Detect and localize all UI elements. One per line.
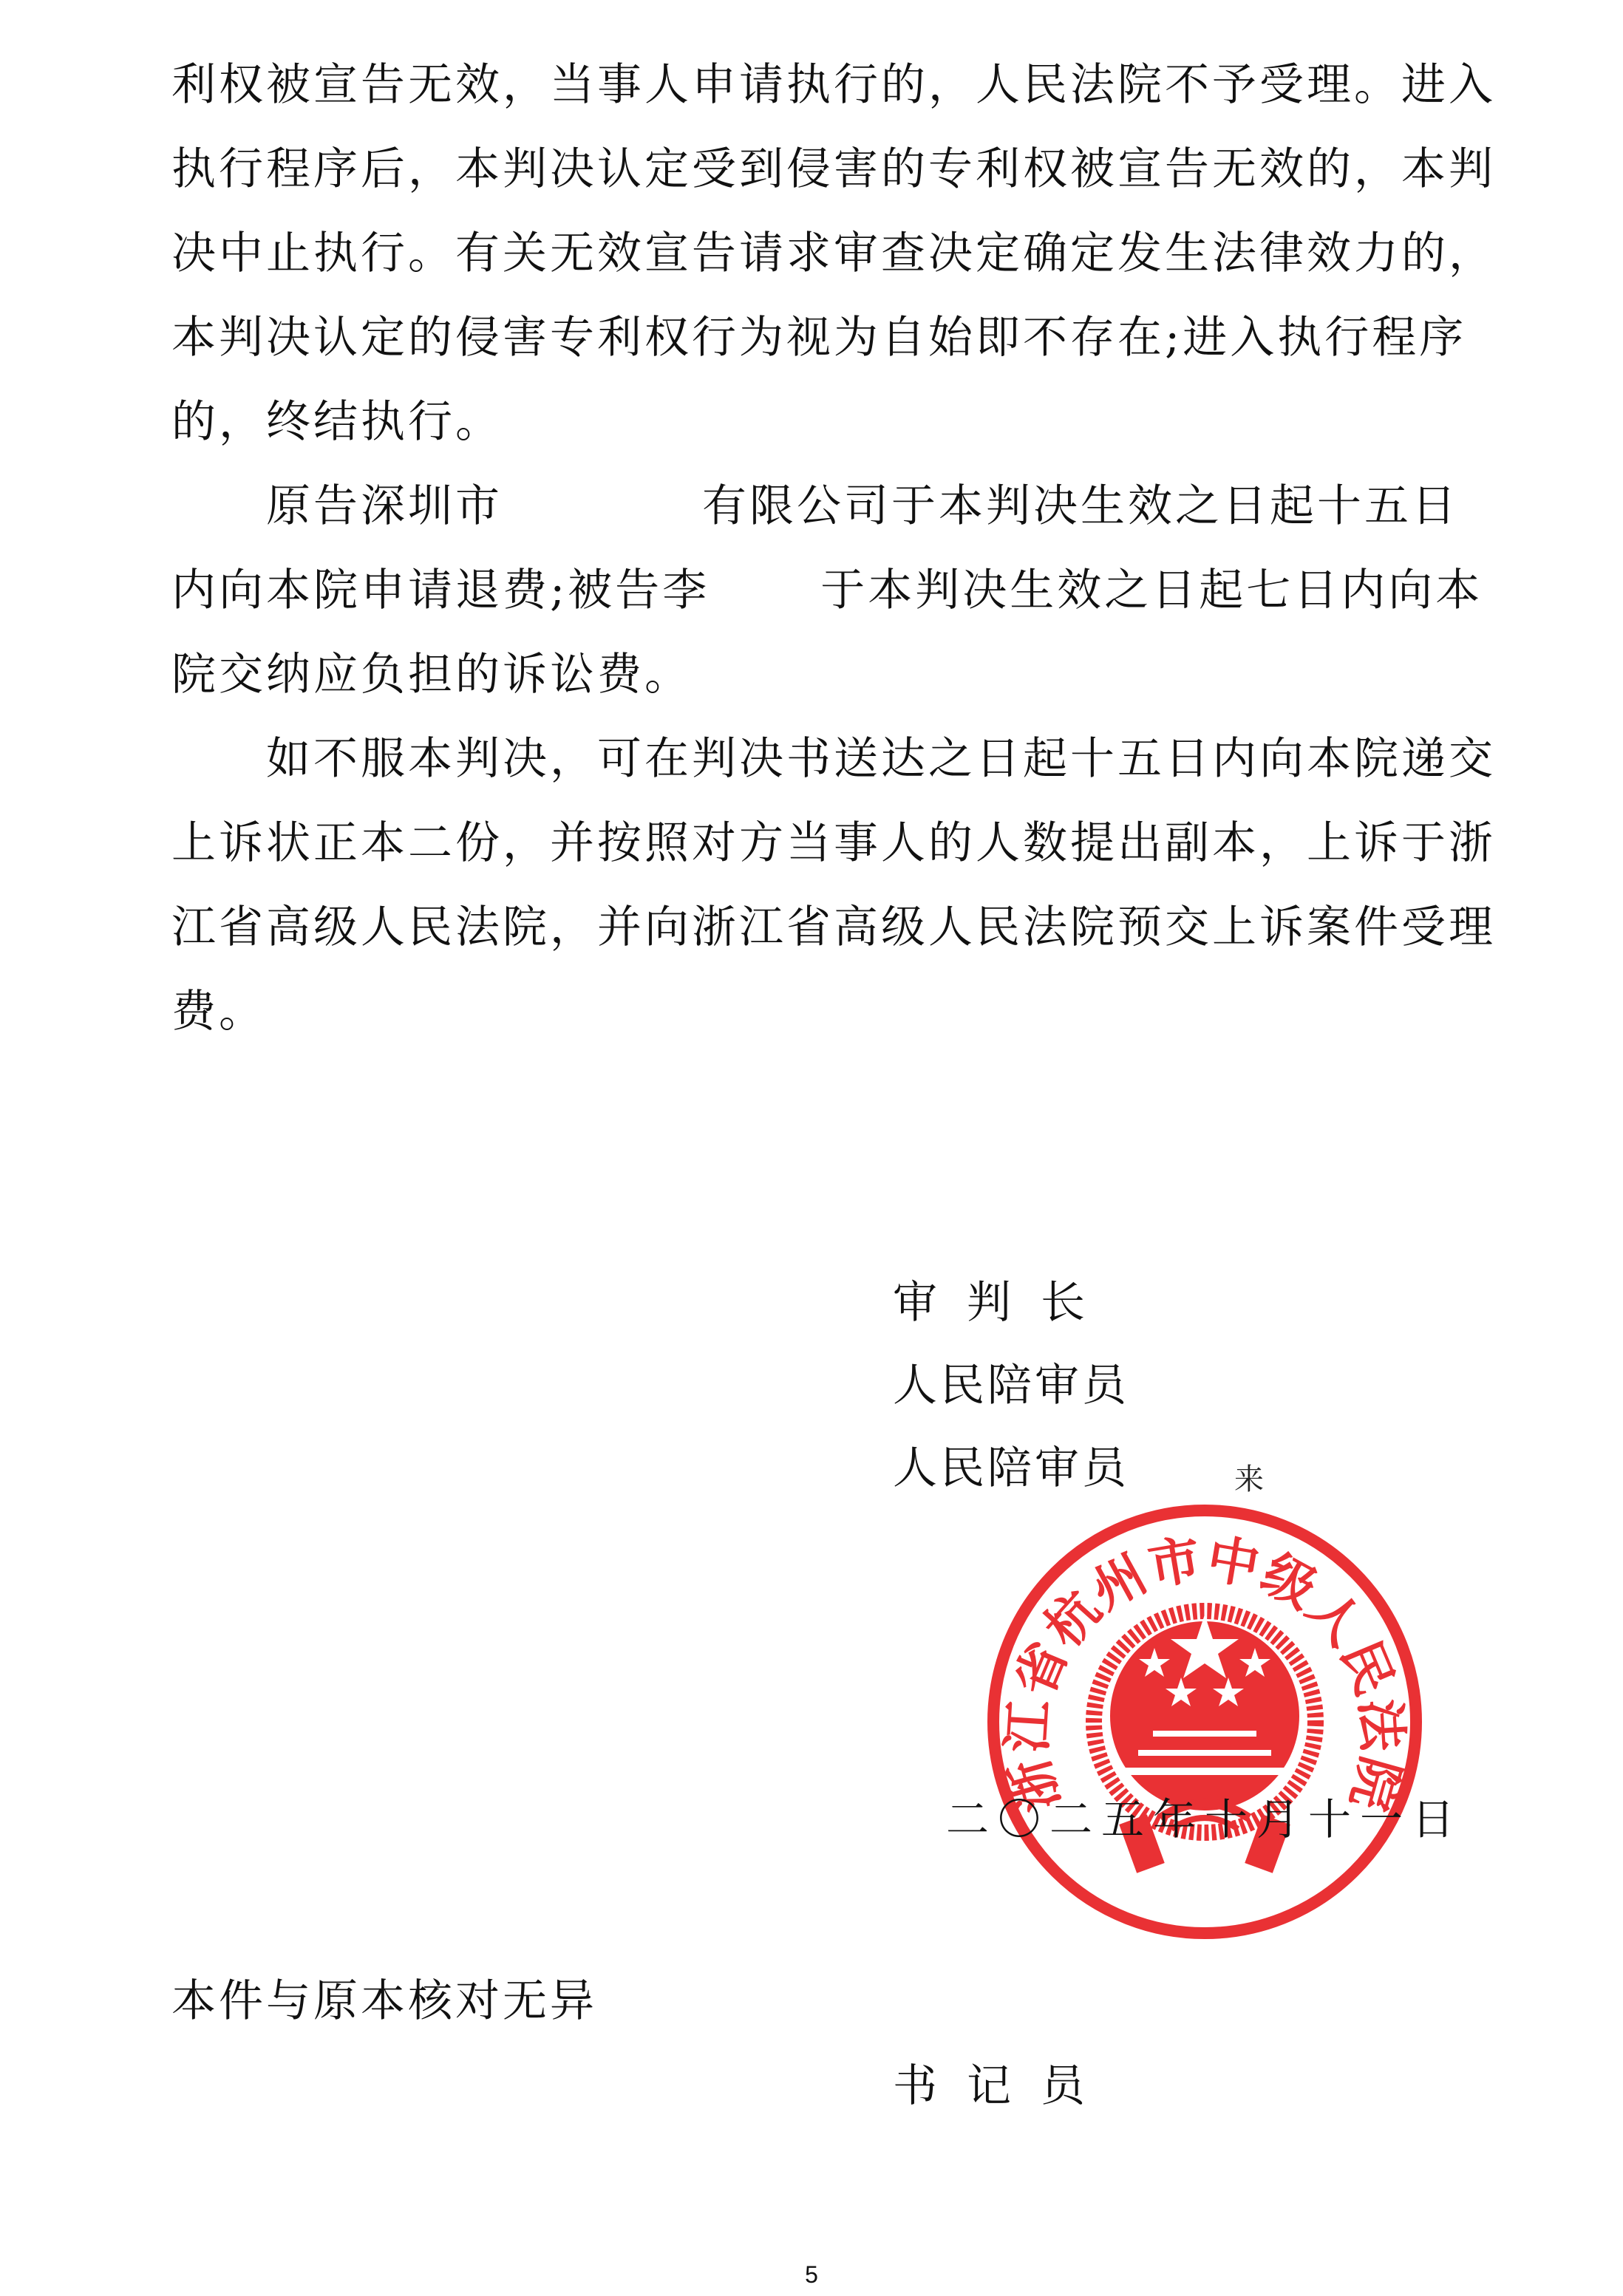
plaintiff-prefix: 原告深圳市 — [266, 480, 503, 532]
certification-statement: 本件与原本核对无异 — [171, 1966, 597, 2029]
paragraph-costs: 原告深圳市有限公司于本判决生效之日起十五日 内向本院申请退费;被告李于本判决生效… — [171, 464, 1546, 717]
defendant-suffix: 于本判决生效之日起七日内向本 — [820, 565, 1483, 616]
text-line: 院交纳应负担的诉讼费。 — [171, 633, 1546, 717]
juror-1-label: 人民陪审员 — [893, 1344, 1129, 1427]
document-page: 利权被宣告无效，当事人申请执行的，人民法院不予受理。进入 执行程序后，本判决认定… — [0, 0, 1623, 2296]
court-seal-stamp-icon: 浙江省杭州市中级人民法院 — [983, 1500, 1426, 1944]
text-line: 上诉状正本二份，并按照对方当事人的人数提出副本，上诉于浙 — [171, 801, 1546, 885]
paragraph-appeal: 如不服本判决，可在判决书送达之日起十五日内向本院递交 上诉状正本二份，并按照对方… — [171, 717, 1546, 1054]
appeal-line-1: 如不服本判决，可在判决书送达之日起十五日内向本院递交 — [266, 733, 1496, 785]
text-line: 利权被宣告无效，当事人申请执行的，人民法院不予受理。进入 — [171, 43, 1546, 127]
text-line: 本判决认定的侵害专利权行为视为自始即不存在;进入执行程序 — [171, 296, 1546, 380]
defendant-prefix: 内向本院申请退费;被告李 — [171, 565, 710, 616]
text-line: 内向本院申请退费;被告李于本判决生效之日起七日内向本 — [171, 548, 1546, 633]
judgment-date: 二〇二五年十月十一日 — [946, 1785, 1463, 1847]
juror-2-partial-name: 来 — [1234, 1456, 1264, 1498]
text-line: 如不服本判决，可在判决书送达之日起十五日内向本院递交 — [171, 717, 1546, 801]
juror-2-label: 人民陪审员 — [893, 1427, 1129, 1510]
presiding-judge-label: 审判长 — [893, 1261, 1129, 1344]
text-line: 决中止执行。有关无效宣告请求审查决定确定发生法律效力的， — [171, 211, 1546, 296]
signature-block: 审判长 人民陪审员 人民陪审员 — [893, 1261, 1129, 1510]
clerk-label: 书记员 — [893, 2051, 1115, 2114]
plaintiff-suffix: 有限公司于本判决生效之日起十五日 — [702, 480, 1459, 532]
text-line: 的，终结执行。 — [171, 380, 1546, 464]
page-number: 5 — [0, 2261, 1623, 2289]
text-line: 江省高级人民法院，并向浙江省高级人民法院预交上诉案件受理 — [171, 885, 1546, 970]
text-line: 费。 — [171, 970, 1546, 1054]
paragraph-enforcement: 利权被宣告无效，当事人申请执行的，人民法院不予受理。进入 执行程序后，本判决认定… — [171, 43, 1546, 464]
text-line: 执行程序后，本判决认定受到侵害的专利权被宣告无效的，本判 — [171, 127, 1546, 211]
text-line: 原告深圳市有限公司于本判决生效之日起十五日 — [171, 464, 1546, 548]
